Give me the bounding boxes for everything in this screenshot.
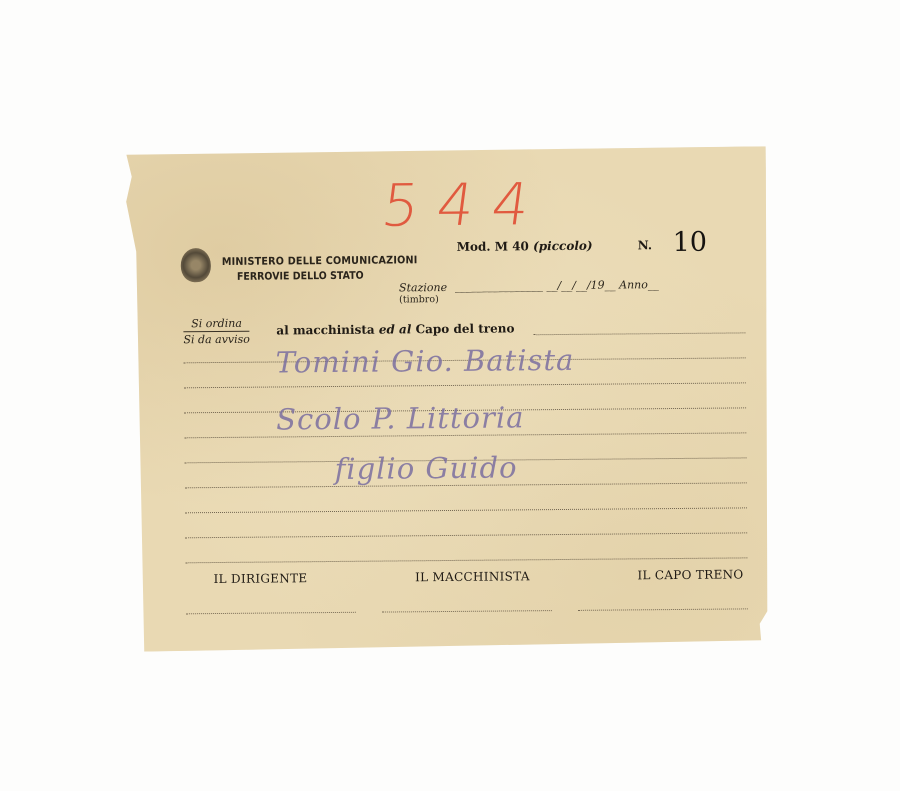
form-number: 10 xyxy=(673,227,708,258)
model-suffix: (piccolo) xyxy=(533,239,593,254)
handwritten-line-1: Tomini Gio. Batista xyxy=(276,343,575,380)
coat-of-arms-icon xyxy=(181,248,211,282)
model-prefix: Mod. M 40 xyxy=(457,239,533,254)
railway-order-form: MINISTERO DELLE COMUNICAZIONI FERROVIE D… xyxy=(124,146,770,652)
order-option-command: Si ordina xyxy=(183,317,250,333)
signature-label-driver: IL MACCHINISTA xyxy=(415,569,530,584)
signature-lines xyxy=(186,608,748,614)
model-code: Mod. M 40 (piccolo) xyxy=(457,239,593,254)
red-pencil-annotation: 544 xyxy=(378,170,552,240)
dotted-line xyxy=(185,533,747,563)
station-date-line: ________________ __/__/__/19__ Anno__ xyxy=(455,278,659,293)
signature-label-conductor: IL CAPO TRENO xyxy=(637,567,743,582)
signature-line-driver xyxy=(382,610,552,612)
handwritten-line-3: figlio Guido xyxy=(334,450,517,486)
ministry-header: MINISTERO DELLE COMUNICAZIONI xyxy=(222,253,418,269)
stamp-label: (timbro) xyxy=(399,294,439,305)
railway-header: FERROVIE DELLO STATO xyxy=(237,270,364,283)
station-label: Stazione xyxy=(399,281,447,294)
signature-line-conductor xyxy=(578,608,748,610)
signature-line-manager xyxy=(186,612,356,614)
signature-label-manager: IL DIRIGENTE xyxy=(214,571,308,586)
handwritten-line-2: Scolo P. Littoria xyxy=(276,400,525,436)
signature-labels: IL DIRIGENTE IL MACCHINISTA IL CAPO TREN… xyxy=(214,567,744,586)
number-label: N. xyxy=(638,238,653,252)
